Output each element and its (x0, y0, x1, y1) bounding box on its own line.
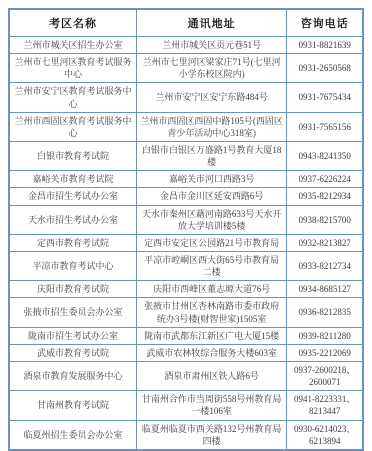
cell-phone: 0934-8685127 (287, 281, 363, 298)
table-row: 临夏州招生委员会办公室临夏州临夏市西关路132号州教育局四楼0930-62140… (9, 420, 363, 450)
cell-address: 平凉市崆峒区西大街65号市教育局二楼 (136, 251, 286, 280)
table-row: 兰州市安宁区教育考试服务中心兰州市安宁区安宁东路484号0931-7675434 (9, 83, 363, 112)
cell-name: 武威市教育考试院 (9, 344, 136, 361)
table-row: 白银市教育考试院白银市白银区万盛路1号教育大厦18楼0943-8241350 (9, 141, 363, 170)
table-row: 兰州市城关区招生办公室兰州市城关区贡元巷51号0931-8821639 (9, 37, 363, 54)
cell-address: 天水市秦州区藉河南路633号天水开放大学培训楼5楼 (136, 205, 286, 234)
table-row: 兰州市西固区教育考试服务中心兰州市西固区西固中路105号(西固区青少年活动中心3… (9, 112, 363, 141)
cell-address: 临夏州临夏市西关路132号州教育局四楼 (136, 420, 286, 450)
table-header: 考区名称通讯地址咨询电话 (9, 9, 363, 37)
cell-name: 定西市教育考试院 (9, 234, 136, 251)
table-row: 陇南市招生考试办公室陇南市武都东江新区广电大厦15楼0939-8211280 (9, 327, 363, 344)
exam-contact-table: 考区名称通讯地址咨询电话 兰州市城关区招生办公室兰州市城关区贡元巷51号0931… (8, 8, 364, 451)
cell-name: 兰州市西固区教育考试服务中心 (9, 112, 136, 141)
cell-phone: 0936-8212835 (287, 298, 363, 327)
cell-address: 兰州市西固区西固中路105号(西固区青少年活动中心318室) (136, 112, 286, 141)
table-row: 平凉市教育考试中心平凉市崆峒区西大街65号市教育局二楼0933-8212734 (9, 251, 363, 280)
cell-phone: 0935-2212069 (287, 344, 363, 361)
cell-phone: 0931-2650568 (287, 54, 363, 83)
table-row: 庆阳市教育考试院庆阳市西峰区董志塬大道76号0934-8685127 (9, 281, 363, 298)
cell-address: 陇南市武都东江新区广电大厦15楼 (136, 327, 286, 344)
cell-phone: 0930-6214023、6213894 (287, 420, 363, 450)
cell-name: 酒泉市教育发展服务中心 (9, 361, 136, 390)
cell-phone: 0931-7675434 (287, 83, 363, 112)
cell-address: 庆阳市西峰区董志塬大道76号 (136, 281, 286, 298)
cell-name: 白银市教育考试院 (9, 141, 136, 170)
table-row: 张掖市招生委员会办公室张掖市甘州区杏林南路市委市政府统办3号楼(财智世家)150… (9, 298, 363, 327)
cell-phone: 0935-8212934 (287, 188, 363, 205)
cell-address: 兰州市七里河区梁家庄71号(七里河小学东校区院内) (136, 54, 286, 83)
table-row: 定西市教育考试院定西市安定区公园路21号市教育局0932-8213827 (9, 234, 363, 251)
cell-phone: 0938-8215700 (287, 205, 363, 234)
cell-address: 白银市白银区万盛路1号教育大厦18楼 (136, 141, 286, 170)
table-row: 甘南州教育考试院甘南州合作市当周街558号州教育局一楼106室0941-8223… (9, 391, 363, 420)
cell-address: 嘉峪关市河口西路3号 (136, 171, 286, 188)
cell-phone: 0939-8211280 (287, 327, 363, 344)
cell-name: 平凉市教育考试中心 (9, 251, 136, 280)
table-row: 酒泉市教育发展服务中心酒泉市肃州区铁人路6号0937-2600218、26000… (9, 361, 363, 390)
cell-name: 甘南州教育考试院 (9, 391, 136, 420)
cell-address: 张掖市甘州区杏林南路市委市政府统办3号楼(财智世家)1505室 (136, 298, 286, 327)
table-row: 嘉峪关市教育考试院嘉峪关市河口西路3号0937-6226224 (9, 171, 363, 188)
cell-phone: 0931-8821639 (287, 37, 363, 54)
cell-address: 兰州市城关区贡元巷51号 (136, 37, 286, 54)
cell-name: 陇南市招生考试办公室 (9, 327, 136, 344)
table-row: 兰州市七里河区教育考试服务中心兰州市七里河区梁家庄71号(七里河小学东校区院内)… (9, 54, 363, 83)
cell-address: 金昌市金川区延安西路6号 (136, 188, 286, 205)
table-body: 兰州市城关区招生办公室兰州市城关区贡元巷51号0931-8821639兰州市七里… (9, 37, 363, 450)
cell-phone: 0932-8213827 (287, 234, 363, 251)
cell-name: 金昌市招生考试办公室 (9, 188, 136, 205)
table-row: 天水市招生考试办公室天水市秦州区藉河南路633号天水开放大学培训楼5楼0938-… (9, 205, 363, 234)
column-header: 通讯地址 (136, 9, 286, 37)
cell-address: 定西市安定区公园路21号市教育局 (136, 234, 286, 251)
cell-name: 张掖市招生委员会办公室 (9, 298, 136, 327)
cell-phone: 0941-8223331、8213447 (287, 391, 363, 420)
cell-name: 临夏州招生委员会办公室 (9, 420, 136, 450)
cell-phone: 0943-8241350 (287, 141, 363, 170)
cell-name: 兰州市安宁区教育考试服务中心 (9, 83, 136, 112)
cell-name: 天水市招生考试办公室 (9, 205, 136, 234)
cell-name: 兰州市城关区招生办公室 (9, 37, 136, 54)
cell-address: 武威市农林牧综合服务大楼603室 (136, 344, 286, 361)
cell-name: 嘉峪关市教育考试院 (9, 171, 136, 188)
table-row: 武威市教育考试院武威市农林牧综合服务大楼603室0935-2212069 (9, 344, 363, 361)
cell-phone: 0937-6226224 (287, 171, 363, 188)
cell-phone: 0937-2600218、2600071 (287, 361, 363, 390)
table-row: 金昌市招生考试办公室金昌市金川区延安西路6号0935-8212934 (9, 188, 363, 205)
header-row: 考区名称通讯地址咨询电话 (9, 9, 363, 37)
cell-address: 兰州市安宁区安宁东路484号 (136, 83, 286, 112)
cell-address: 甘南州合作市当周街558号州教育局一楼106室 (136, 391, 286, 420)
cell-phone: 0933-8212734 (287, 251, 363, 280)
cell-name: 兰州市七里河区教育考试服务中心 (9, 54, 136, 83)
cell-phone: 0931-7565156 (287, 112, 363, 141)
cell-address: 酒泉市肃州区铁人路6号 (136, 361, 286, 390)
cell-name: 庆阳市教育考试院 (9, 281, 136, 298)
column-header: 咨询电话 (287, 9, 363, 37)
column-header: 考区名称 (9, 9, 136, 37)
